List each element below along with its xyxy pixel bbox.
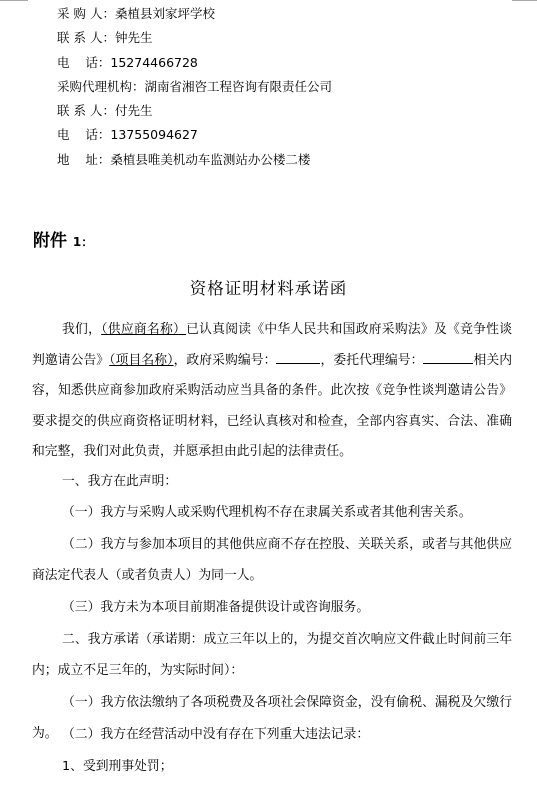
contact-row-purchaser-phone: 电 话：15274466728 [57,51,332,75]
section2-item-2: （二）我方在经营活动中没有存在下列重大违法记录： [32,720,512,751]
contact-row-agency-phone: 电 话：13755094627 [57,123,332,147]
contact-row-agency: 采购代理机构：湖南省湘咨工程咨询有限责任公司 [57,75,332,99]
contact-row-address: 地 址：桑植县唯美机动车监测站办公楼二楼 [57,148,332,172]
commitment-intro-paragraph: 我们，（供应商名称）已认真阅读《中华人民共和国政府采购法》及《竞争性谈判邀请公告… [32,315,512,468]
project-name-placeholder: （项目名称） [109,353,173,368]
contact-row-purchaser: 采 购 人：桑植县刘家坪学校 [57,2,332,26]
page-corner-mark-left [0,0,28,1]
supplier-name-placeholder: （供应商名称） [101,322,186,337]
agency-number-blank[interactable] [423,350,473,364]
contact-info-block: 采 购 人：桑植县刘家坪学校 联 系 人：钟先生 电 话：15274466728… [57,2,332,172]
attachment-heading: 附件 1： [33,226,93,251]
section1-item-3: （三）我方未为本项目前期准备提供设计或咨询服务。 [32,593,512,624]
section1-item-2: （二）我方与参加本项目的其他供应商不存在控股、关联关系，或者与其他供应商法定代表… [32,530,512,591]
section2-subitem-1: 1、受到刑事处罚； [32,752,512,783]
page-corner-mark-right [512,0,537,1]
document-title: 资格证明材料承诺函 [0,275,537,299]
section1-heading: 一、我方在此声明： [32,467,512,498]
contact-row-purchaser-contact: 联 系 人：钟先生 [57,26,332,50]
procurement-number-blank[interactable] [276,350,320,364]
section1-item-1: （一）我方与采购人或采购代理机构不存在隶属关系或者其他利害关系。 [32,498,512,529]
section2-heading: 二、我方承诺（承诺期：成立三年以上的，为提交首次响应文件截止时间前三年内；成立不… [32,625,512,686]
contact-row-agency-contact: 联 系 人：付先生 [57,99,332,123]
